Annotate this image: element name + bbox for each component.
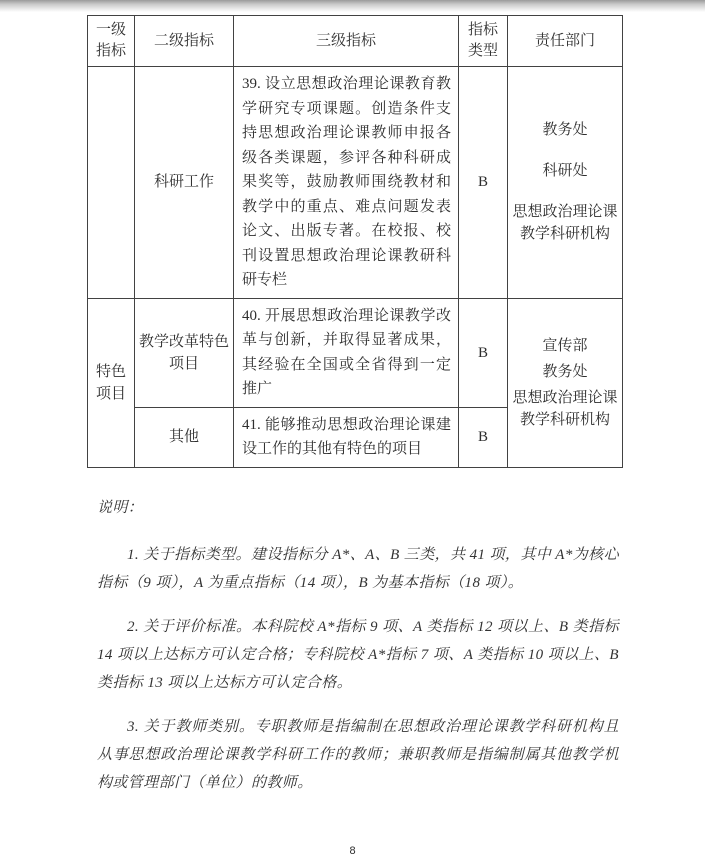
table-row: 科研工作 39. 设立思想政治理论课教育教学研究专项课题。创造条件支持思想政治理… <box>88 67 623 299</box>
cell-level3-indicator-41: 41. 能够推动思想政治理论课建设工作的其他有特色的项目 <box>234 407 459 467</box>
department-list: 宣传部 教务处 思想政治理论课教学科研机构 <box>508 323 622 443</box>
department-item: 思想政治理论课教学科研机构 <box>510 201 620 245</box>
department-item: 宣传部 <box>510 335 620 357</box>
table-row: 特色项目 教学改革特色项目 40. 开展思想政治理论课教学改革与创新，并取得显著… <box>88 298 623 407</box>
page-number: 8 <box>0 845 705 857</box>
col-header-level1: 一级指标 <box>88 16 135 67</box>
table-header-row: 一级指标 二级指标 三级指标 指标类型 责任部门 <box>88 16 623 67</box>
note-paragraph-3: 3. 关于教师类别。专职教师是指编制在思想政治理论课教学科研机构且从事思想政治理… <box>97 713 619 797</box>
cell-level3-indicator-39: 39. 设立思想政治理论课教育教学研究专项课题。创造条件支持思想政治理论课教师申… <box>234 67 459 299</box>
cell-indicator-type: B <box>459 298 508 407</box>
cell-level2: 其他 <box>135 407 234 467</box>
cell-departments: 宣传部 教务处 思想政治理论课教学科研机构 <box>508 298 623 467</box>
cell-level1-empty <box>88 67 135 299</box>
notes-section: 说明： 1. 关于指标类型。建设指标分 A*、A、B 三类，共 41 项，其中 … <box>97 494 619 813</box>
cell-level3-indicator-40: 40. 开展思想政治理论课教学改革与创新，并取得显著成果，其经验在全国或全省得到… <box>234 298 459 407</box>
department-item: 教务处 <box>510 361 620 383</box>
department-item: 科研处 <box>510 160 620 182</box>
col-header-department: 责任部门 <box>508 16 623 67</box>
col-header-level2: 二级指标 <box>135 16 234 67</box>
cell-level2: 科研工作 <box>135 67 234 299</box>
cell-departments: 教务处 科研处 思想政治理论课教学科研机构 <box>508 67 623 299</box>
department-item: 思想政治理论课教学科研机构 <box>510 387 620 431</box>
note-paragraph-1: 1. 关于指标类型。建设指标分 A*、A、B 三类，共 41 项，其中 A*为核… <box>97 541 619 597</box>
col-header-type: 指标类型 <box>459 16 508 67</box>
note-paragraph-2: 2. 关于评价标准。本科院校 A*指标 9 项、A 类指标 12 项以上、B 类… <box>97 613 619 697</box>
cell-indicator-type: B <box>459 407 508 467</box>
indicator-table: 一级指标 二级指标 三级指标 指标类型 责任部门 科研工作 39. 设立思想政治… <box>87 15 623 468</box>
page-top-shadow <box>0 0 705 12</box>
notes-title: 说明： <box>97 494 619 522</box>
department-item: 教务处 <box>510 119 620 141</box>
cell-indicator-type: B <box>459 67 508 299</box>
cell-level1-special-projects: 特色项目 <box>88 298 135 467</box>
cell-level2: 教学改革特色项目 <box>135 298 234 407</box>
col-header-level3: 三级指标 <box>234 16 459 67</box>
department-list: 教务处 科研处 思想政治理论课教学科研机构 <box>508 92 622 272</box>
